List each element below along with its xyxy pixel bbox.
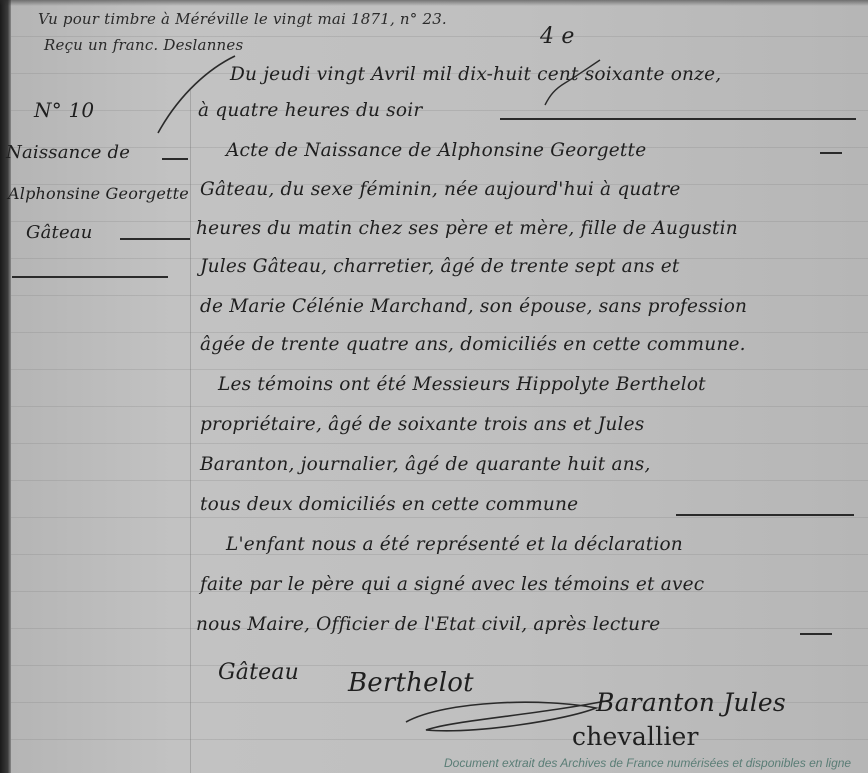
folio-mark: 4 e — [540, 24, 575, 49]
line-filler — [676, 514, 854, 516]
margin-dash — [162, 158, 188, 160]
body-line-1: Du jeudi vingt Avril mil dix-huit cent s… — [230, 64, 721, 85]
margin-title-line-1: Naissance de — [6, 142, 130, 163]
body-line-12: tous deux domiciliés en cette commune — [200, 494, 578, 515]
margin-title-line-3: Gâteau — [26, 222, 93, 243]
register-binding-edge — [0, 0, 11, 773]
body-line-15: nous Maire, Officier de l'Etat civil, ap… — [196, 614, 660, 635]
margin-rule-line — [190, 90, 191, 773]
signature-witness-baranton: Baranton Jules — [596, 688, 786, 717]
line-filler — [500, 118, 856, 120]
margin-title-line-2: Alphonsine Georgette — [8, 184, 189, 203]
signature-father: Gâteau — [218, 660, 299, 685]
margin-dash — [120, 238, 190, 240]
marginal-note-line-1: Vu pour timbre à Méréville le vingt mai … — [38, 10, 447, 28]
body-line-5: heures du matin chez ses père et mère, f… — [196, 218, 738, 239]
body-line-2: à quatre heures du soir — [198, 100, 422, 121]
body-line-4: Gâteau, du sexe féminin, née aujourd'hui… — [200, 179, 681, 200]
body-line-9: Les témoins ont été Messieurs Hippolyte … — [218, 374, 706, 395]
body-line-3: Acte de Naissance de Alphonsine Georgett… — [226, 140, 646, 161]
body-line-7: de Marie Célénie Marchand, son épouse, s… — [200, 296, 747, 317]
archive-watermark: Document extrait des Archives de France … — [444, 756, 851, 770]
line-filler — [820, 152, 842, 154]
scan-top-shadow — [0, 0, 868, 6]
margin-separator-line — [12, 276, 168, 278]
body-line-8: âgée de trente quatre ans, domiciliés en… — [200, 334, 746, 355]
body-line-10: propriétaire, âgé de soixante trois ans … — [200, 414, 644, 435]
record-number: N° 10 — [34, 98, 94, 122]
body-line-13: L'enfant nous a été représenté et la déc… — [226, 534, 683, 555]
opening-flourish-icon — [150, 48, 240, 138]
body-line-11: Baranton, journalier, âgé de quarante hu… — [200, 454, 651, 475]
body-line-14: faite par le père qui a signé avec les t… — [200, 574, 704, 595]
scanned-register-page: Vu pour timbre à Méréville le vingt mai … — [0, 0, 868, 773]
body-line-6: Jules Gâteau, charretier, âgé de trente … — [200, 256, 680, 277]
line-filler — [800, 633, 832, 635]
signature-mayor: chevallier — [572, 722, 699, 751]
